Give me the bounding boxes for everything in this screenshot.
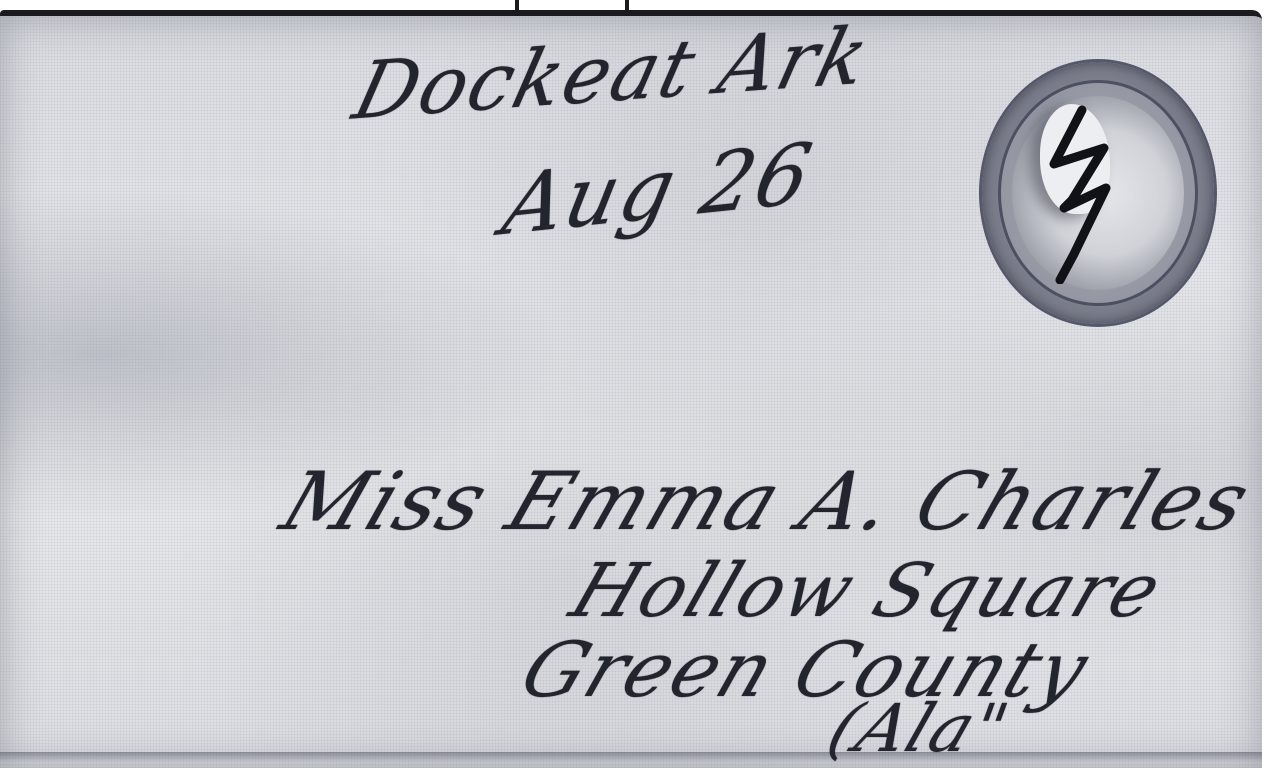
pen-cancel-mark xyxy=(1034,104,1124,284)
recipient-locality: Hollow Square xyxy=(560,548,1174,634)
recipient-state: (Ala" xyxy=(818,690,1020,767)
envelope-bottom-edge xyxy=(0,752,1262,762)
envelope-scan: Dockeat Ark Aug 26 Miss Emma A. Charles … xyxy=(0,0,1268,770)
recipient-name: Miss Emma A. Charles xyxy=(270,455,1263,548)
